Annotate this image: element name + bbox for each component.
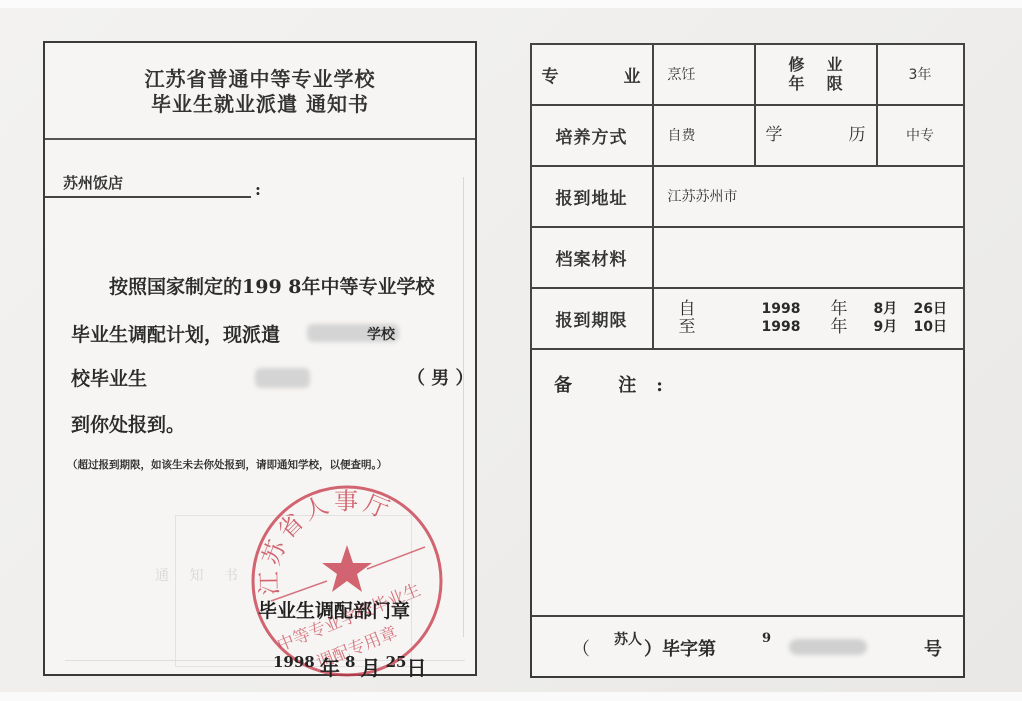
period-from-year-unit: 年 xyxy=(831,300,848,318)
issue-day-unit: 日 xyxy=(406,656,426,680)
addressee-underline xyxy=(45,196,251,198)
table-row: 报到地址 江苏苏州市 xyxy=(531,166,964,227)
notice-paragraph-line3: 校毕业生 xyxy=(71,364,147,391)
label-training-mode: 培养方式 xyxy=(531,105,653,166)
label-archive: 档案材料 xyxy=(531,227,653,288)
period-from-day: 26日 xyxy=(914,300,947,318)
inner-guide-line xyxy=(463,177,464,637)
student-info-panel: 专 业 烹饪 修 业 年 限 3年 培养方式 自费 学 历 中专 报到地址 江苏… xyxy=(530,43,965,678)
school-suffix: 学校 xyxy=(367,324,395,344)
bottom-margin xyxy=(0,692,1022,701)
ref-label: ）毕字第 xyxy=(644,635,716,661)
label-duration-line2: 年 限 xyxy=(756,74,876,93)
value-archive xyxy=(653,227,964,288)
notice-title-line2: 毕业生就业派遣 通知书 xyxy=(45,92,475,117)
notice-footnote: （超过报到期限，如该生未去你处报到，请即通知学校，以便查明。） xyxy=(67,457,387,472)
notice-body: 苏州饭店 : 按照国家制定的199 8年中等专业学校 毕业生调配计划，现派遣 学… xyxy=(45,140,475,675)
period-from-month: 8月 xyxy=(874,300,898,318)
issue-month-unit: 月 xyxy=(360,656,380,680)
value-duration: 3年 xyxy=(877,44,964,105)
notice-paragraph-line2: 毕业生调配计划，现派遣 xyxy=(71,320,280,347)
addressee-colon: : xyxy=(255,180,261,199)
label-duration-line1: 修 业 xyxy=(756,55,876,74)
issue-year-unit: 年 xyxy=(320,656,340,680)
label-duration: 修 业 年 限 xyxy=(755,44,877,105)
period-from-year: 1998 xyxy=(762,300,801,318)
period-to-year: 1998 xyxy=(762,318,801,336)
notice-paragraph-line1: 按照国家制定的199 8年中等专业学校 xyxy=(109,272,435,299)
ref-number-visible: 9 xyxy=(762,631,771,646)
value-report-period: 自 1998 年 8月 26日 至 1998 年 9月 10日 xyxy=(653,288,964,349)
period-to-day: 10日 xyxy=(914,318,947,336)
official-seal-icon: 江苏省人事厅 中等专业学校毕业生 调配专用章 xyxy=(249,483,445,679)
label-report-period: 报到期限 xyxy=(531,288,653,349)
label-education: 学 历 xyxy=(755,105,877,166)
notice-title-line1: 江苏省普通中等专业学校 xyxy=(45,67,475,92)
notice-title: 江苏省普通中等专业学校 毕业生就业派遣 通知书 xyxy=(45,43,475,140)
label-report-address: 报到地址 xyxy=(531,166,653,227)
table-row: 培养方式 自费 学 历 中专 xyxy=(531,105,964,166)
ref-suffix: 号 xyxy=(924,635,942,661)
period-to: 至 1998 年 9月 10日 xyxy=(654,318,963,336)
student-gender: （ 男 ） xyxy=(407,364,474,390)
value-education: 中专 xyxy=(877,105,964,166)
value-training-mode: 自费 xyxy=(653,105,755,166)
issue-day: 25 xyxy=(386,653,407,671)
value-report-address: 江苏苏州市 xyxy=(653,166,964,227)
issue-month: 8 xyxy=(345,653,355,671)
reference-number-row: （ 苏人 ）毕字第 9 号 xyxy=(532,615,963,679)
svg-text:江苏省人事厅: 江苏省人事厅 xyxy=(255,487,397,595)
dept-seal-label: 毕业生调配部门章 xyxy=(258,596,410,623)
issue-date: 1998 年 8 月 25日 xyxy=(273,652,426,681)
redacted-student-name xyxy=(255,368,310,388)
ref-open-paren: （ xyxy=(572,635,590,661)
table-row: 档案材料 xyxy=(531,227,964,288)
top-margin xyxy=(0,0,1022,8)
addressee: 苏州饭店 xyxy=(63,172,123,193)
period-to-prefix: 至 xyxy=(679,318,696,336)
ref-prefix: 苏人 xyxy=(614,629,642,649)
label-major: 专 业 xyxy=(531,44,653,105)
period-from-prefix: 自 xyxy=(679,300,696,318)
period-to-year-unit: 年 xyxy=(831,318,848,336)
period-to-month: 9月 xyxy=(874,318,898,336)
faint-watermark: 通 知 书 xyxy=(155,565,246,585)
issue-year: 1998 xyxy=(273,653,315,671)
redacted-ref-number xyxy=(789,639,867,655)
period-from: 自 1998 年 8月 26日 xyxy=(654,300,963,318)
table-row: 报到期限 自 1998 年 8月 26日 至 1998 年 9月 10日 xyxy=(531,288,964,349)
remarks-section: 备 注: xyxy=(532,349,963,614)
value-major: 烹饪 xyxy=(653,44,755,105)
remarks-label: 备 注: xyxy=(554,371,683,397)
student-info-table: 专 业 烹饪 修 业 年 限 3年 培养方式 自费 学 历 中专 报到地址 江苏… xyxy=(530,43,965,350)
table-row: 专 业 烹饪 修 业 年 限 3年 xyxy=(531,44,964,105)
notice-paragraph-line4: 到你处报到。 xyxy=(71,410,185,437)
dispatch-notice-panel: 江苏省普通中等专业学校 毕业生就业派遣 通知书 苏州饭店 : 按照国家制定的19… xyxy=(43,41,477,676)
